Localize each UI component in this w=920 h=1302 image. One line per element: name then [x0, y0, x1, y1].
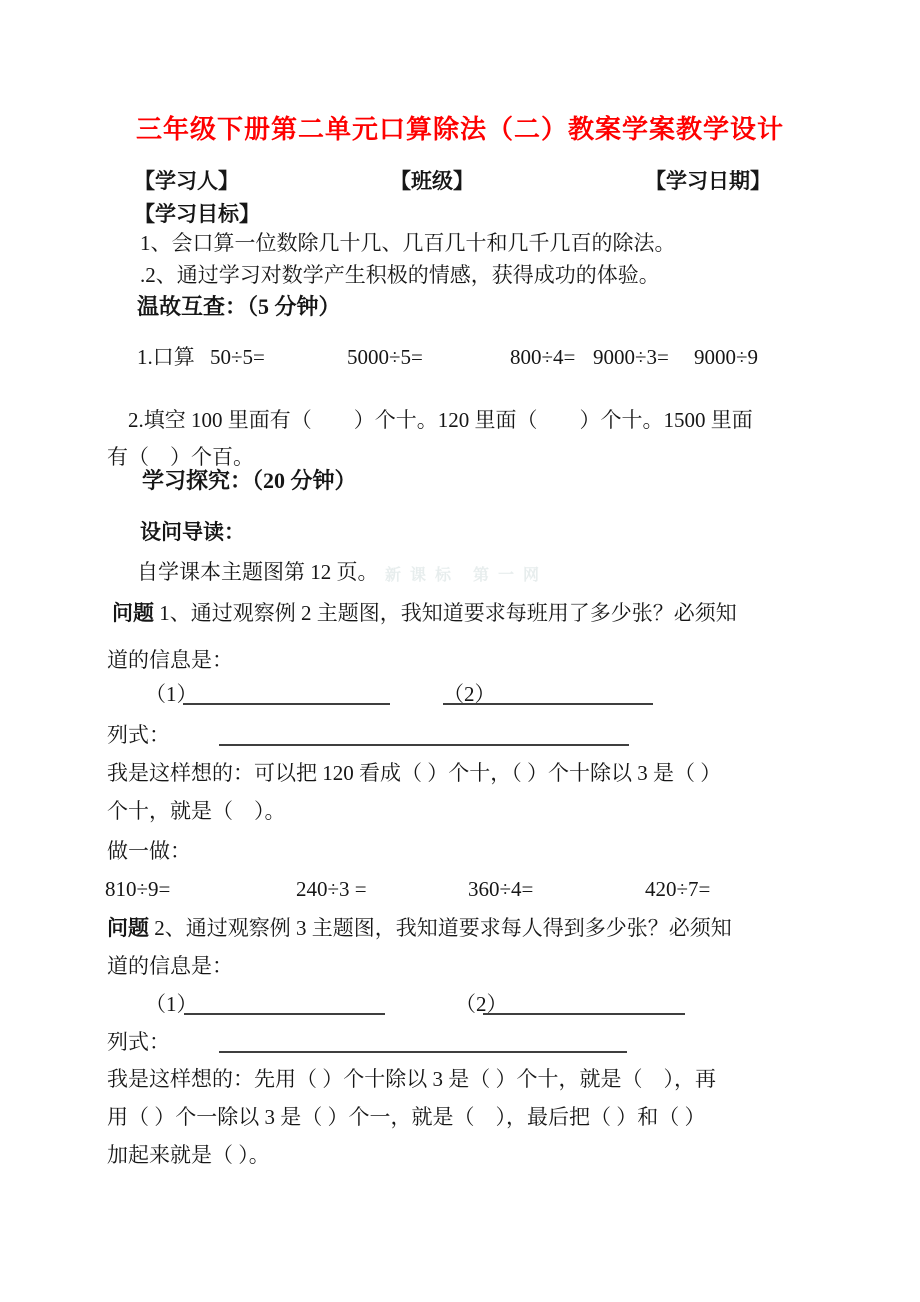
question1-blank2-line: （2）: [443, 681, 653, 705]
question1-formula-row: 列式：: [0, 722, 920, 754]
oral-problem-3: 800÷4=: [510, 344, 575, 370]
practice-problem-4: 420÷7=: [645, 876, 710, 902]
question2-blanks-row: （1） （2）: [0, 991, 920, 1023]
question1-thinking-line-1: 我是这样想的：可以把 120 看成（ ）个十，（ ）个十除以 3 是（ ）: [107, 760, 721, 786]
header-row: 【学习人】 【班级】 【学习日期】: [0, 168, 920, 200]
oral-calculation-label: 1.口算: [137, 344, 195, 370]
question2-line-2: 道的信息是：: [107, 953, 233, 979]
question1-blank2-label: （2）: [443, 682, 496, 706]
review-section-heading: 温故互查：（5 分钟）: [137, 293, 341, 321]
question2-line-1: 问题 2、通过观察例 3 主题图，我知道要求每人得到多少张？必须知: [107, 915, 732, 941]
watermark-text: 新课标 第一网: [385, 562, 548, 585]
self-study-line: 自学课本主题图第 12 页。: [137, 559, 379, 585]
fill-blank-line-1: 2.填空 100 里面有（ ）个十。120 里面（ ）个十。1500 里面: [128, 407, 753, 433]
objective-item-1: 1、会口算一位数除几十几、几百几十和几千几百的除法。: [140, 230, 676, 256]
practice-problem-2: 240÷3 =: [296, 876, 367, 902]
question2-formula-line: [219, 1029, 627, 1053]
class-field-label: 【班级】: [390, 168, 474, 194]
page-title: 三年级下册第二单元口算除法（二）教案学案教学设计: [0, 114, 920, 147]
objective-item-2: .2、通过学习对数学产生积极的情感，获得成功的体验。: [140, 262, 660, 288]
objectives-heading: 【学习目标】: [134, 201, 260, 227]
practice-heading: 做一做：: [107, 838, 191, 864]
question1-formula-line: [219, 722, 629, 746]
question2-formula-row: 列式：: [0, 1029, 920, 1061]
oral-problem-1: 50÷5=: [210, 344, 265, 370]
question1-line-2: 道的信息是：: [107, 647, 233, 673]
question1-label: 问题: [112, 601, 154, 625]
learner-field-label: 【学习人】: [134, 168, 239, 194]
document-page: 三年级下册第二单元口算除法（二）教案学案教学设计 【学习人】 【班级】 【学习日…: [0, 0, 920, 1302]
question2-blank2-line: [483, 991, 685, 1015]
oral-problem-4: 9000÷3=: [593, 344, 669, 370]
oral-calculation-row: 1.口算 50÷5= 5000÷5= 800÷4= 9000÷3= 9000÷9: [0, 344, 920, 376]
question2-thinking-line-1: 我是这样想的：先用（ ）个十除以 3 是（ ）个十，就是（ ），再: [107, 1066, 716, 1092]
practice-problem-3: 360÷4=: [468, 876, 533, 902]
question2-label: 问题: [107, 916, 149, 940]
guided-questions-heading: 设问导读：: [140, 519, 245, 545]
question1-blank1-line: [183, 681, 390, 705]
question1-thinking-line-2: 个十，就是（ ）。: [107, 798, 286, 824]
question2-text: 2、通过观察例 3 主题图，我知道要求每人得到多少张？必须知: [149, 916, 732, 940]
question2-blank1-line: [184, 991, 385, 1015]
oral-problem-5: 9000÷9: [694, 344, 758, 370]
question1-text: 1、通过观察例 2 主题图，我知道要求每班用了多少张？必须知: [154, 601, 737, 625]
question1-blanks-row: （1） （2）: [0, 681, 920, 713]
oral-problem-2: 5000÷5=: [347, 344, 423, 370]
explore-section-heading: 学习探究：（20 分钟）: [142, 467, 357, 495]
practice-problem-1: 810÷9=: [105, 876, 170, 902]
question1-formula-label: 列式：: [107, 722, 170, 748]
practice-problems-row: 810÷9= 240÷3 = 360÷4= 420÷7=: [0, 876, 920, 908]
question2-formula-label: 列式：: [107, 1029, 170, 1055]
date-field-label: 【学习日期】: [645, 168, 771, 194]
question2-thinking-line-3: 加起来就是（ ）。: [107, 1142, 270, 1168]
question2-thinking-line-2: 用（ ）个一除以 3 是（ ）个一，就是（ ），最后把（ ）和（ ）: [107, 1104, 706, 1130]
question1-line-1: 问题 1、通过观察例 2 主题图，我知道要求每班用了多少张？必须知: [112, 600, 737, 626]
